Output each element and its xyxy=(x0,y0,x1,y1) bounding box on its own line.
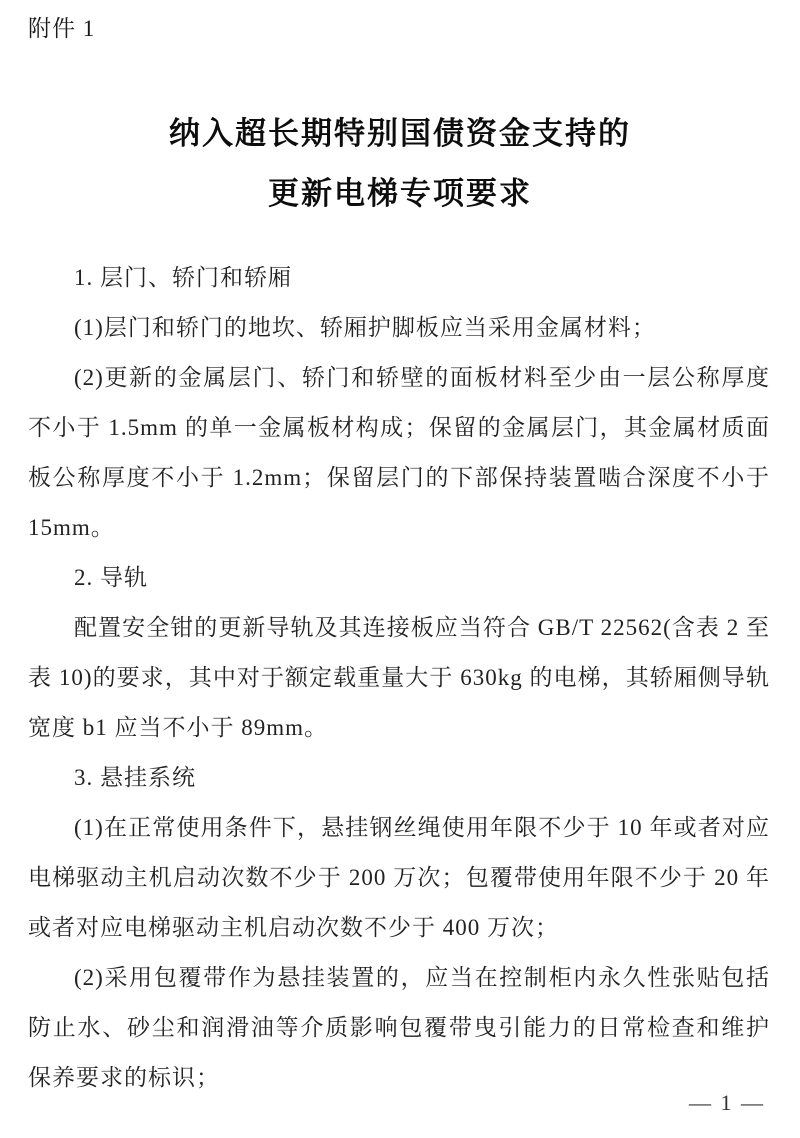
paragraph-guide-rails: 配置安全钳的更新导轨及其连接板应当符合 GB/T 22562(含表 2 至表 1… xyxy=(28,603,770,753)
document-title: 纳入超长期特别国债资金支持的 更新电梯专项要求 xyxy=(0,104,800,224)
document-title-line-1: 纳入超长期特别国债资金支持的 xyxy=(0,104,800,164)
paragraph-suspension-item-2: (2)采用包覆带作为悬挂装置的，应当在控制柜内永久性张贴包括防止水、砂尘和润滑油… xyxy=(28,953,770,1103)
document-page: 附件 1 纳入超长期特别国债资金支持的 更新电梯专项要求 1. 层门、轿门和轿厢… xyxy=(0,0,800,1138)
section-heading-guide-rails: 2. 导轨 xyxy=(28,553,770,603)
section-heading-suspension-system: 3. 悬挂系统 xyxy=(28,753,770,803)
paragraph-doors-item-2: (2)更新的金属层门、轿门和轿壁的面板材料至少由一层公称厚度不小于 1.5mm … xyxy=(28,353,770,553)
document-body: 1. 层门、轿门和轿厢 (1)层门和轿门的地坎、轿厢护脚板应当采用金属材料； (… xyxy=(28,253,770,1103)
paragraph-suspension-item-1: (1)在正常使用条件下，悬挂钢丝绳使用年限不少于 10 年或者对应电梯驱动主机启… xyxy=(28,803,770,953)
attachment-label: 附件 1 xyxy=(28,10,95,43)
page-number: — 1 — xyxy=(689,1090,765,1116)
document-title-line-2: 更新电梯专项要求 xyxy=(0,164,800,224)
section-heading-doors: 1. 层门、轿门和轿厢 xyxy=(28,253,770,303)
paragraph-doors-item-1: (1)层门和轿门的地坎、轿厢护脚板应当采用金属材料； xyxy=(28,303,770,353)
